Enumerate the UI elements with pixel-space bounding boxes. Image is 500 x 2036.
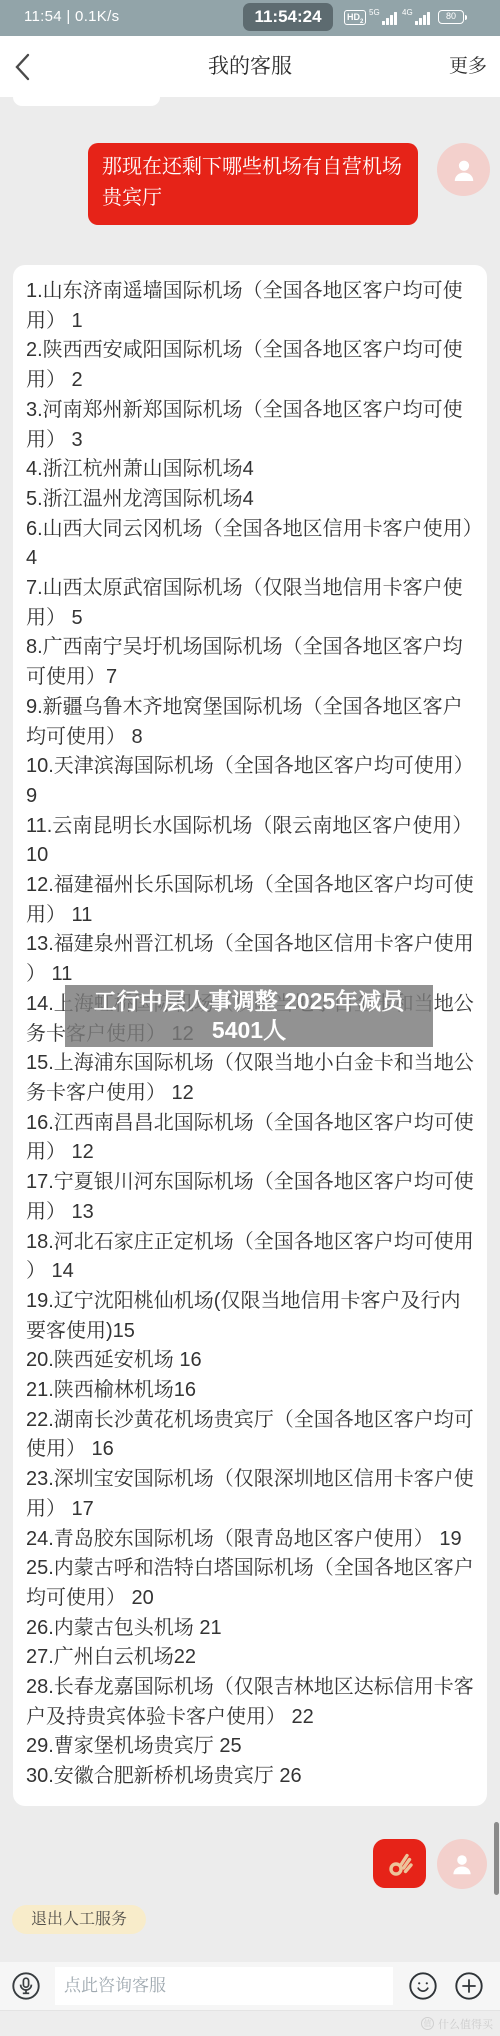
volte-hd-icon: HD2 <box>344 10 366 25</box>
user-message-bubble: 那现在还剩下哪些机场有自营机场贵宾厅 <box>88 143 418 225</box>
airport-list-item: 1.山东济南遥墙国际机场（全国各地区客户均可使用） 1 <box>26 277 477 336</box>
airport-list-item: 23.深圳宝安国际机场（仅限深圳地区信用卡客户使用） 17 <box>26 1465 477 1524</box>
news-overlay-caption: 工行中层人事调整 2025年减员5401人 <box>65 985 433 1047</box>
status-bar: 11:54 | 0.1K/s 11:54:24 HD2 5G 4G 80 <box>0 0 500 36</box>
mic-icon[interactable] <box>12 1972 40 2000</box>
signal-5g-icon: 5G <box>369 9 397 25</box>
emoji-picker-icon[interactable] <box>409 1972 437 2000</box>
nav-bar: 我的客服 更多 <box>0 36 500 97</box>
attach-plus-icon[interactable] <box>455 1972 483 2000</box>
airport-list-item: 10.天津滨海国际机场（全国各地区客户均可使用） 9 <box>26 752 477 811</box>
airport-list-item: 30.安徽合肥新桥机场贵宾厅 26 <box>26 1762 477 1792</box>
user-emoji-message <box>373 1839 426 1888</box>
airport-list-item: 12.福建福州长乐国际机场（全国各地区客户均可使用） 11 <box>26 871 477 930</box>
airport-list-item: 7.山西太原武宿国际机场（仅限当地信用卡客户使用） 5 <box>26 574 477 633</box>
ok-hand-emoji <box>384 1848 416 1880</box>
airport-list-item: 25.内蒙古呼和浩特白塔国际机场（全国各地区客户均可使用） 20 <box>26 1554 477 1613</box>
airport-list-item: 26.内蒙古包头机场 21 <box>26 1614 477 1644</box>
airport-list-item: 19.辽宁沈阳桃仙机场(仅限当地信用卡客户及行内要客使用)15 <box>26 1287 477 1346</box>
airport-list-item: 6.山西大同云冈机场（全国各地区信用卡客户使用） 4 <box>26 515 477 574</box>
airport-list-item: 13.福建泉州晋江机场（全国各地区信用卡客户使用） 11 <box>26 930 477 989</box>
airport-list-item: 24.青岛胶东国际机场（限青岛地区客户使用） 19 <box>26 1525 477 1555</box>
airport-list-item: 29.曹家堡机场贵宾厅 25 <box>26 1732 477 1762</box>
previous-message-bubble-partial <box>13 97 160 106</box>
airport-list-item: 11.云南昆明长水国际机场（限云南地区客户使用） 10 <box>26 812 477 871</box>
battery-icon: 80 <box>438 10 464 24</box>
exit-human-service-button[interactable]: 退出人工服务 <box>12 1905 146 1934</box>
airport-list-item: 27.广州白云机场22 <box>26 1643 477 1673</box>
airport-list-item: 17.宁夏银川河东国际机场（全国各地区客户均可使用） 13 <box>26 1168 477 1227</box>
app-screen: 11:54 | 0.1K/s 11:54:24 HD2 5G 4G 80 我的客… <box>0 0 500 2036</box>
airport-list-item: 16.江西南昌昌北国际机场（全国各地区客户均可使用） 12 <box>26 1109 477 1168</box>
airport-list-item: 3.河南郑州新郑国际机场（全国各地区客户均可使用） 3 <box>26 396 477 455</box>
airport-list-item: 28.长春龙嘉国际机场（仅限吉林地区达标信用卡客户及持贵宾体验卡客户使用） 22 <box>26 1673 477 1732</box>
chat-area: 那现在还剩下哪些机场有自营机场贵宾厅 1.山东济南遥墙国际机场（全国各地区客户均… <box>0 97 500 1962</box>
watermark-text: 什么值得买 <box>438 2016 493 2032</box>
bottom-strip: 值 什么值得买 <box>0 2010 500 2036</box>
user-avatar <box>437 1839 487 1889</box>
watermark-logo: 值 <box>421 2017 434 2030</box>
airport-list-item: 2.陕西西安咸阳国际机场（全国各地区客户均可使用） 2 <box>26 336 477 395</box>
floating-clock-badge: 11:54:24 <box>243 3 333 31</box>
message-input[interactable] <box>55 1967 393 2005</box>
signal-4g-icon: 4G <box>402 9 430 25</box>
airport-list-item: 15.上海浦东国际机场（仅限当地小白金卡和当地公务卡客户使用） 12 <box>26 1049 477 1108</box>
airport-list-item: 21.陕西榆林机场16 <box>26 1376 477 1406</box>
person-icon <box>449 155 479 185</box>
user-avatar <box>437 143 490 196</box>
airport-list-item: 18.河北石家庄正定机场（全国各地区客户均可使用） 14 <box>26 1228 477 1287</box>
page-title: 我的客服 <box>0 36 500 97</box>
airport-list-item: 8.广西南宁吴圩机场国际机场（全国各地区客户均可使用）7 <box>26 633 477 692</box>
airport-list-item: 20.陕西延安机场 16 <box>26 1346 477 1376</box>
airport-list-item: 9.新疆乌鲁木齐地窝堡国际机场（全国各地区客户均可使用） 8 <box>26 693 477 752</box>
more-button[interactable]: 更多 <box>449 36 487 97</box>
airport-list-item: 5.浙江温州龙湾国际机场4 <box>26 485 477 515</box>
airport-list-item: 22.湖南长沙黄花机场贵宾厅（全国各地区客户均可使用） 16 <box>26 1406 477 1465</box>
airport-list-item: 4.浙江杭州萧山国际机场4 <box>26 455 477 485</box>
person-icon <box>448 1850 476 1878</box>
time-and-speed: 11:54 | 0.1K/s <box>24 8 119 25</box>
input-bar <box>0 1962 500 2010</box>
scrollbar[interactable] <box>494 1822 499 1895</box>
